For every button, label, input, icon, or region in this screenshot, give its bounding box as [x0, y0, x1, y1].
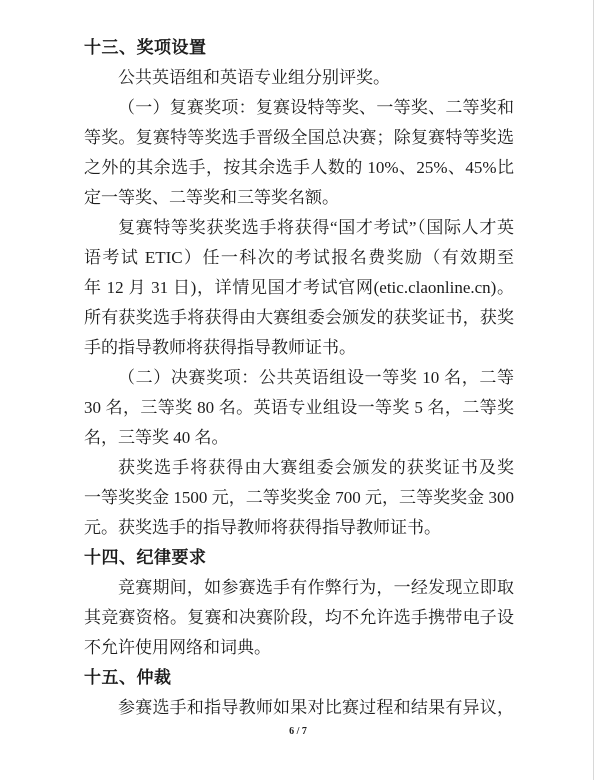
text-line: 名，三等奖 40 名。: [84, 423, 514, 453]
text-line: 等奖。复赛特等奖选手晋级全国总决赛；除复赛特等奖选手: [84, 123, 514, 153]
text-line: 之外的其余选手，按其余选手人数的 10%、25%、45%比例确: [84, 153, 514, 183]
text-line: 竞赛期间，如参赛选手有作弊行为，一经发现立即取消: [84, 573, 514, 603]
document-page: 十三、奖项设置公共英语组和英语专业组分别评奖。（一）复赛奖项：复赛设特等奖、一等…: [0, 0, 596, 780]
text-line: 参赛选手和指导教师如果对比赛过程和结果有异议，可: [84, 693, 514, 723]
text-line: 复赛特等奖获奖选手将获得“国才考试”（国际人才英: [84, 213, 514, 243]
text-line: 公共英语组和英语专业组分别评奖。: [84, 63, 514, 93]
text-line: 年 12 月 31 日)，详情见国才考试官网(etic.claonline.cn…: [84, 273, 514, 303]
text-line: 不允许使用网络和词典。: [84, 633, 514, 663]
section-heading: 十四、纪律要求: [84, 543, 514, 573]
section-heading: 十五、仲裁: [84, 663, 514, 693]
document-body: 十三、奖项设置公共英语组和英语专业组分别评奖。（一）复赛奖项：复赛设特等奖、一等…: [84, 33, 514, 723]
page-edge-line: [593, 0, 594, 780]
text-line: （二）决赛奖项：公共英语组设一等奖 10 名，二等奖: [84, 363, 514, 393]
section-heading: 十三、奖项设置: [84, 33, 514, 63]
text-line: 30 名，三等奖 80 名。英语专业组设一等奖 5 名，二等奖 15: [84, 393, 514, 423]
text-line: 元。获奖选手的指导教师将获得指导教师证书。: [84, 513, 514, 543]
text-line: 其竞赛资格。复赛和决赛阶段，均不允许选手携带电子设备，: [84, 603, 514, 633]
text-line: 定一等奖、二等奖和三等奖名额。: [84, 183, 514, 213]
text-line: 语考试 ETIC）任一科次的考试报名费奖励（有效期至 2020: [84, 243, 514, 273]
text-line: 获奖选手将获得由大赛组委会颁发的获奖证书及奖金，: [84, 453, 514, 483]
text-line: 一等奖奖金 1500 元，二等奖奖金 700 元，三等奖奖金 300: [84, 483, 514, 513]
text-line: 手的指导教师将获得指导教师证书。: [84, 333, 514, 363]
page-number: 6 / 7: [0, 726, 596, 737]
text-line: 所有获奖选手将获得由大赛组委会颁发的获奖证书，获奖选: [84, 303, 514, 333]
text-line: （一）复赛奖项：复赛设特等奖、一等奖、二等奖和三: [84, 93, 514, 123]
